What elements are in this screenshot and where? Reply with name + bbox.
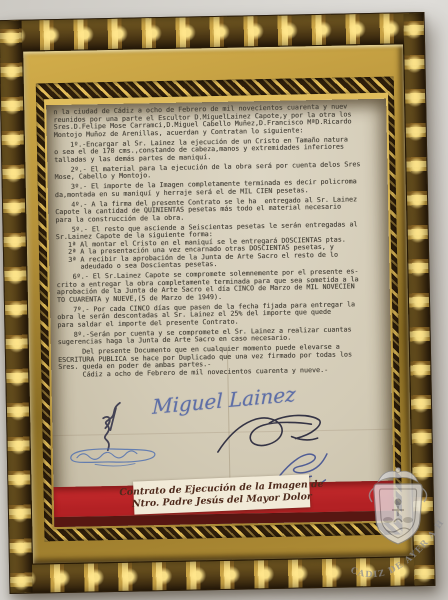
signature-rubric-blue xyxy=(65,441,162,471)
frame-inner-lip: n la ciudad de Cádiz a ocho de Febrero d… xyxy=(44,93,396,530)
contract-paragraph: 6º.- El Sr.Lainez Capote se compromete s… xyxy=(56,268,385,304)
contract-text: n la ciudad de Cádiz a ocho de Febrero d… xyxy=(53,103,386,382)
contract-paragraph: n la ciudad de Cádiz a ocho de Febrero d… xyxy=(53,103,382,139)
contract-paragraph: 5º.- El resto que asciende a Seiscientas… xyxy=(56,220,385,271)
watermark-crest-icon: CADIZ DE AYER A HOY xyxy=(348,464,448,600)
photo-of-framed-contract: { "document": { "paragraphs": [ "n la ci… xyxy=(0,0,448,600)
contract-paragraph: Del presente Documento que en cualquier … xyxy=(58,343,387,379)
framed-document: n la ciudad de Cádiz a ocho de Febrero d… xyxy=(46,99,394,527)
